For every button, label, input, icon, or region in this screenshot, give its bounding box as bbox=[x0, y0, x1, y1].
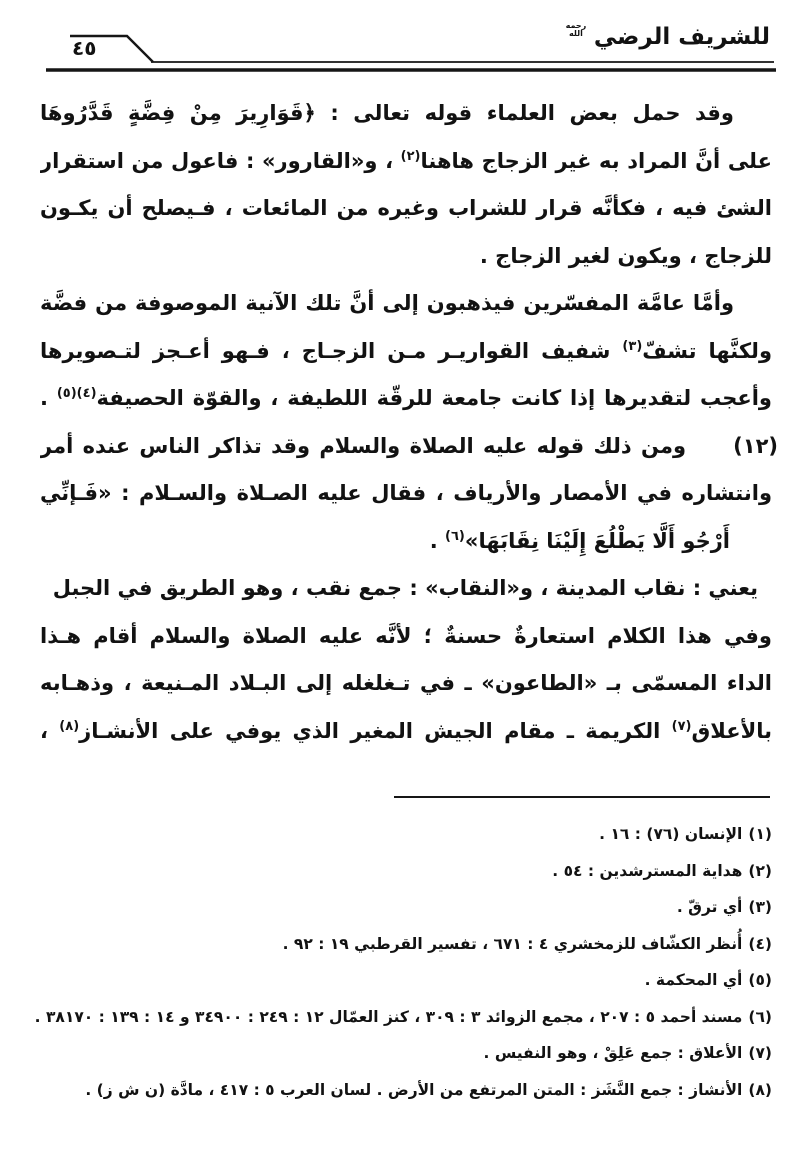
paragraph-qawarir: وقد حمل بعض العلماء قوله تعالى : ﴿قَوَار… bbox=[40, 90, 772, 280]
hadith-start: «فَـإنِّي bbox=[40, 481, 112, 505]
footnote-3: (٣)أي ترقّ . bbox=[14, 889, 772, 926]
footnote-ref-4-5: (٤)(٥) bbox=[57, 386, 97, 401]
footnote-ref-2: (٢) bbox=[401, 149, 421, 164]
footnote-separator bbox=[394, 796, 770, 798]
page-number: ٤٥ bbox=[72, 36, 96, 60]
honorific-symbol: رحمه الله bbox=[563, 22, 589, 38]
section-number: (١٢) bbox=[733, 423, 778, 471]
text-line: بالأعلاق(٧) الكريمة ـ مقام الجيش المغير … bbox=[40, 708, 772, 756]
footnote-ref-8: (٨) bbox=[59, 719, 79, 734]
text-line: يعني : نقاب المدينة ، و«النقاب» : جمع نق… bbox=[40, 565, 772, 613]
text-line: ومن ذلك قوله عليه الصلاة والسلام وقد تذا… bbox=[40, 423, 772, 471]
text-line: للزجاج ، ويكون لغير الزجاج . bbox=[40, 233, 772, 281]
footnote-number: (٢) bbox=[748, 862, 772, 880]
footnote-2: (٢)هداية المسترشدين : ٥٤ . bbox=[14, 853, 772, 890]
paragraph-yani: يعني : نقاب المدينة ، و«النقاب» : جمع نق… bbox=[40, 565, 772, 613]
footnote-number: (٨) bbox=[748, 1081, 772, 1099]
footnote-number: (٥) bbox=[748, 971, 772, 989]
text-line: وقد حمل بعض العلماء قوله تعالى : ﴿قَوَار… bbox=[40, 90, 772, 138]
running-head-title: للشريف الرضي bbox=[594, 24, 770, 50]
footnote-ref-6: (٦) bbox=[445, 529, 465, 544]
footnote-ref-3: (٣) bbox=[622, 339, 642, 354]
footnote-7: (٧)الأعلاق : جمع عَلِقْ ، وهو النفيس . bbox=[14, 1035, 772, 1072]
text-line: وأعجب لتقديرها إذا كانت جامعة للرقّة الل… bbox=[40, 375, 772, 423]
footnote-number: (١) bbox=[748, 825, 772, 843]
section-12: (١٢) ومن ذلك قوله عليه الصلاة والسلام وق… bbox=[40, 423, 772, 566]
footnote-number: (٣) bbox=[748, 898, 772, 916]
footnote-5: (٥)أي المحكمة . bbox=[14, 962, 772, 999]
footnote-number: (٦) bbox=[748, 1008, 772, 1026]
text-line: الداء المسمّى بـ «الطاعون» ـ في تـغلغله … bbox=[40, 660, 772, 708]
footnote-ref-7: (٧) bbox=[672, 719, 692, 734]
text-line: على أنَّ المراد به غير الزجاج هاهنا(٢) ،… bbox=[40, 138, 772, 186]
text-line: ولكنَّها تشفّ(٣) شفيف القواريـر مـن الزج… bbox=[40, 328, 772, 376]
footnote-8: (٨)الأنشاز : جمع النَّشَز : المتن المرتف… bbox=[14, 1072, 772, 1109]
footnote-1: (١)الإنسان (٧٦) : ١٦ . bbox=[14, 816, 772, 853]
footnote-number: (٤) bbox=[748, 935, 772, 953]
book-page: للشريف الرضيرحمه الله ٤٥ وقد حمل بعض الع… bbox=[0, 0, 812, 1170]
text-line: وانتشاره في الأمصار والأرياف ، فقال عليه… bbox=[40, 470, 772, 518]
footnote-6: (٦)مسند أحمد ٥ : ٢٠٧ ، مجمع الزوائد ٣ : … bbox=[14, 999, 772, 1036]
footnotes: (١)الإنسان (٧٦) : ١٦ . (٢)هداية المسترشد… bbox=[14, 816, 772, 1108]
text-line: الشئ فيه ، فكأنَّه قرار للشراب وغيره من … bbox=[40, 185, 772, 233]
hadith-line: أَرْجُو أَلَّا يَطْلُعَ إِلَيْنَا نِقَاب… bbox=[40, 518, 772, 566]
text-line: وفي هذا الكلام استعارةٌ حسنةٌ ؛ لأنَّه ع… bbox=[40, 613, 772, 661]
footnote-number: (٧) bbox=[748, 1044, 772, 1062]
paragraph-mufassirin: وأمَّا عامَّة المفسّرين فيذهبون إلى أنَّ… bbox=[40, 280, 772, 423]
footnote-4: (٤)أُنظر الكشّاف للزمخشري ٤ : ٦٧١ ، تفسي… bbox=[14, 926, 772, 963]
text-line: وأمَّا عامَّة المفسّرين فيذهبون إلى أنَّ… bbox=[40, 280, 772, 328]
running-head: للشريف الرضيرحمه الله bbox=[558, 22, 770, 52]
page-body: وقد حمل بعض العلماء قوله تعالى : ﴿قَوَار… bbox=[40, 90, 772, 755]
paragraph-istiara: وفي هذا الكلام استعارةٌ حسنةٌ ؛ لأنَّه ع… bbox=[40, 613, 772, 756]
